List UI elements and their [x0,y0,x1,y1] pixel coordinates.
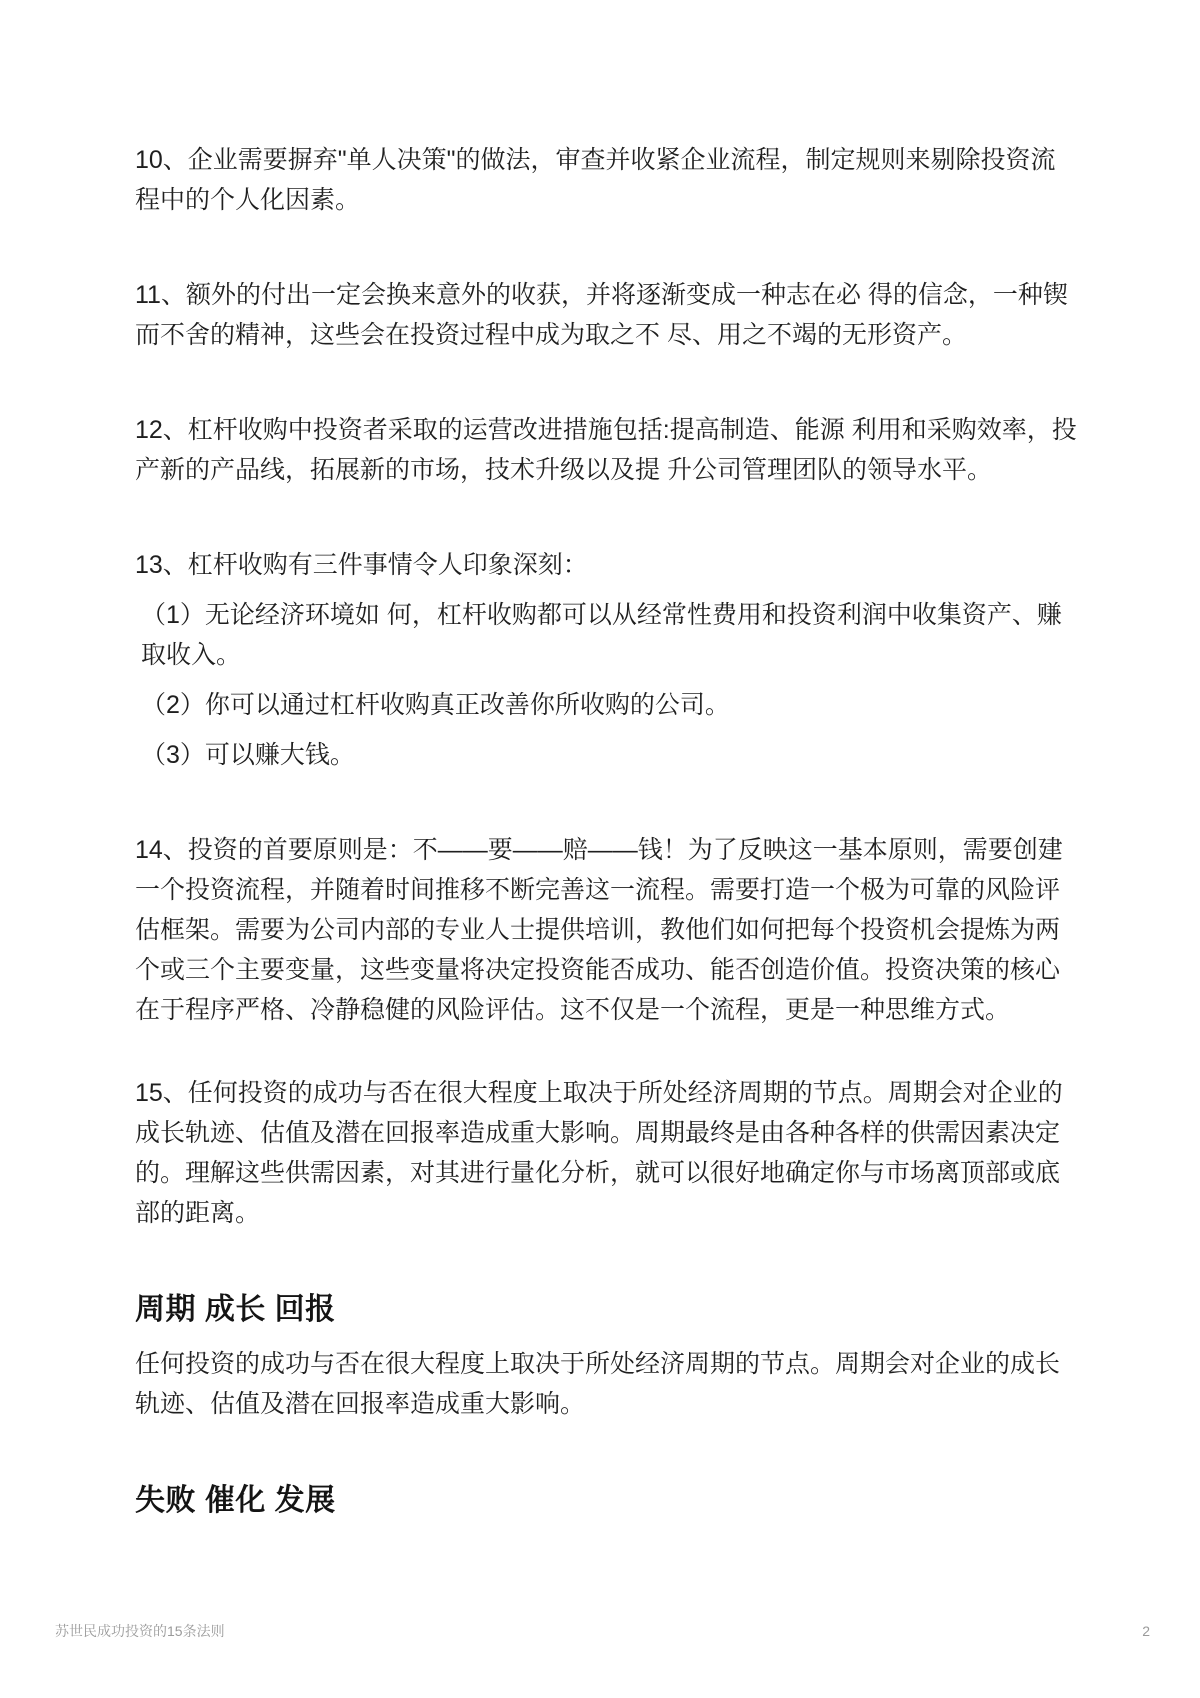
list-item-13-sub-3: （3）可以赚大钱。 [135,735,1080,775]
list-item-12: 12、杠杆收购中投资者采取的运营改进措施包括:提高制造、能源 利用和采购效率，投… [135,410,1080,490]
section-heading-cycle-growth-return: 周期 成长 回报 [135,1288,1080,1332]
list-item-13-intro: 13、杠杆收购有三件事情令人印象深刻： [135,545,1080,585]
section-paragraph-cycle-summary: 任何投资的成功与否在很大程度上取决于所处经济周期的节点。周期会对企业的成长轨迹、… [135,1344,1080,1424]
list-item-11: 11、额外的付出一定会换来意外的收获，并将逐渐变成一种志在必 得的信念，一种锲而… [135,275,1080,355]
footer-page-number: 2 [1142,1622,1150,1640]
section-heading-failure-catalyze-develop: 失败 催化 发展 [135,1479,1080,1523]
footer-document-title: 苏世民成功投资的15条法则 [55,1622,225,1640]
page-content: 10、企业需要摒弃"单人决策"的做法，审查并收紧企业流程，制定规则来剔除投资流程… [135,140,1080,1535]
list-item-14: 14、投资的首要原则是：不——要——赔——钱！为了反映这一基本原则，需要创建一个… [135,830,1080,1030]
list-item-13-sub-2: （2）你可以通过杠杆收购真正改善你所收购的公司。 [135,685,1080,725]
list-item-13-sub-1: （1）无论经济环境如 何，杠杆收购都可以从经常性费用和投资利润中收集资产、赚取收… [135,595,1080,675]
list-item-10: 10、企业需要摒弃"单人决策"的做法，审查并收紧企业流程，制定规则来剔除投资流程… [135,140,1080,220]
list-item-15: 15、任何投资的成功与否在很大程度上取决于所处经济周期的节点。周期会对企业的成长… [135,1073,1080,1233]
document-page: 10、企业需要摒弃"单人决策"的做法，审查并收紧企业流程，制定规则来剔除投资流程… [0,0,1200,1698]
page-footer: 苏世民成功投资的15条法则 2 [55,1622,1150,1640]
